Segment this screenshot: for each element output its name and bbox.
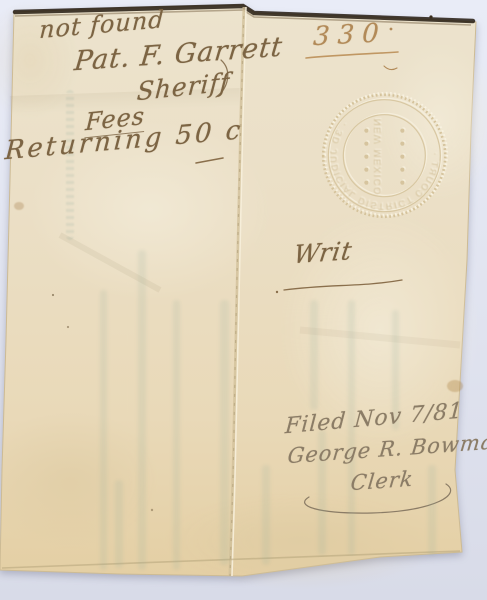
show-through-streak [138,250,146,570]
show-through-streak [262,465,270,565]
show-through-text-strip [66,90,74,240]
dark-speck [429,15,432,18]
scanned-document: · 3D JUDICIAL DISTRICT COURT · · 3D JUDI… [0,0,487,600]
stain-spot [447,380,463,392]
show-through-streak [100,290,107,570]
show-through-streak [173,300,180,570]
docket-number: 330 [312,18,387,52]
seal-center-text: NEW MEXICO NEW MEXICO [372,117,384,195]
dark-speck [52,294,54,296]
dark-speck [67,326,69,328]
show-through-streak [428,465,436,555]
show-through-streak [310,300,318,410]
stain-spot [14,202,24,210]
writ-label: Writ [292,236,355,269]
writ-flourish-dot [276,291,278,293]
show-through-streak [115,480,123,568]
docket-period [390,28,393,31]
svg-text:NEW MEXICO: NEW MEXICO [372,119,383,196]
clerk-title: Clerk [349,467,414,496]
show-through-streak [220,300,229,565]
dark-speck [151,509,153,511]
paper-artwork: · 3D JUDICIAL DISTRICT COURT · · 3D JUDI… [0,0,487,600]
